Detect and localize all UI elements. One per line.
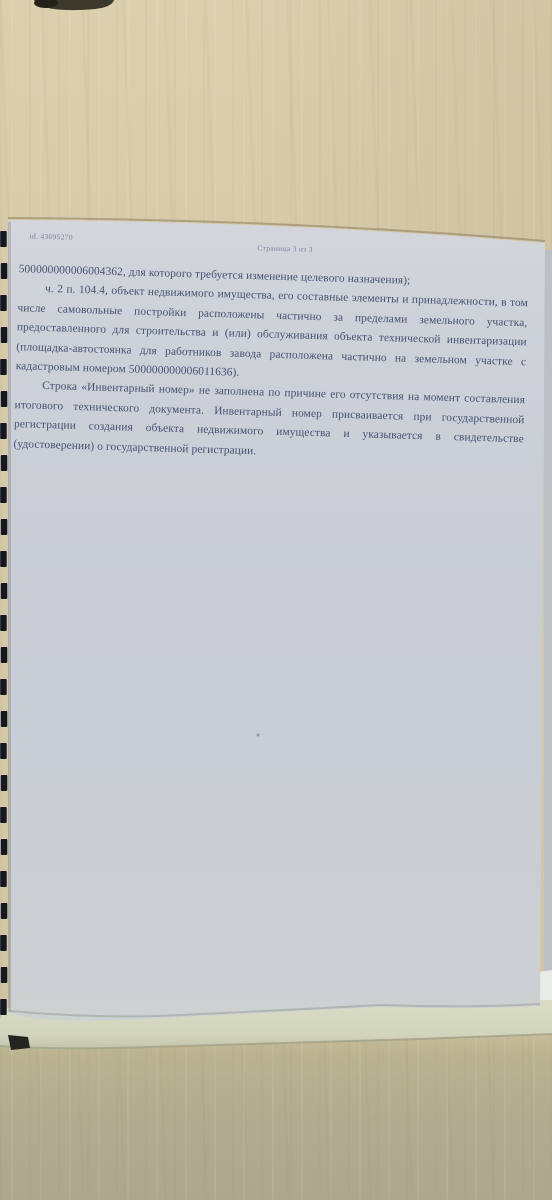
binding-tooth	[1, 647, 8, 663]
binding-tooth	[1, 263, 8, 279]
binding-tooth	[1, 967, 8, 983]
doc-id-label: id. 43095270	[30, 231, 73, 241]
paragraph-clause: ч. 2 п. 104.4, объект недвижимого имущес…	[15, 280, 528, 392]
binding-tooth	[1, 839, 8, 855]
binding-tooth	[0, 935, 7, 951]
binding-teeth	[0, 231, 7, 1015]
binding-tooth	[0, 423, 7, 439]
binding-tooth	[0, 871, 7, 887]
binding-tooth	[0, 295, 7, 311]
binding-tooth	[1, 903, 8, 919]
binding-tooth	[1, 391, 8, 407]
ink-speck	[257, 734, 260, 737]
binding-tooth	[1, 519, 8, 535]
binding-tooth	[1, 583, 8, 599]
binding-tooth	[0, 679, 7, 695]
binding-tooth	[1, 455, 8, 471]
binding-tooth	[1, 775, 8, 791]
binding-tooth	[0, 551, 7, 567]
photo-scene: id. 43095270 Страница 3 из 3 50000000000…	[0, 0, 552, 1200]
binding-tooth-bottom	[8, 1035, 30, 1050]
right-edge-strip	[544, 250, 552, 982]
paragraph-inventory-note: Строка «Инвентарный номер» не заполнена …	[13, 377, 525, 470]
binding-tooth	[0, 807, 7, 823]
document-photo-art	[0, 0, 552, 1200]
page-indicator: Страница 3 из 3	[257, 243, 313, 254]
body-text: 500000000006004362, для которого требует…	[13, 260, 529, 469]
binding-tooth	[1, 711, 8, 727]
binding-tooth	[0, 231, 7, 247]
binding-tooth	[0, 487, 7, 503]
document-page: id. 43095270 Страница 3 из 3 50000000000…	[7, 224, 534, 469]
binding-tooth	[0, 359, 7, 375]
binding-tooth	[0, 743, 7, 759]
binding-tooth	[0, 615, 7, 631]
binding-tooth	[1, 327, 8, 343]
binding-tooth	[0, 999, 7, 1015]
